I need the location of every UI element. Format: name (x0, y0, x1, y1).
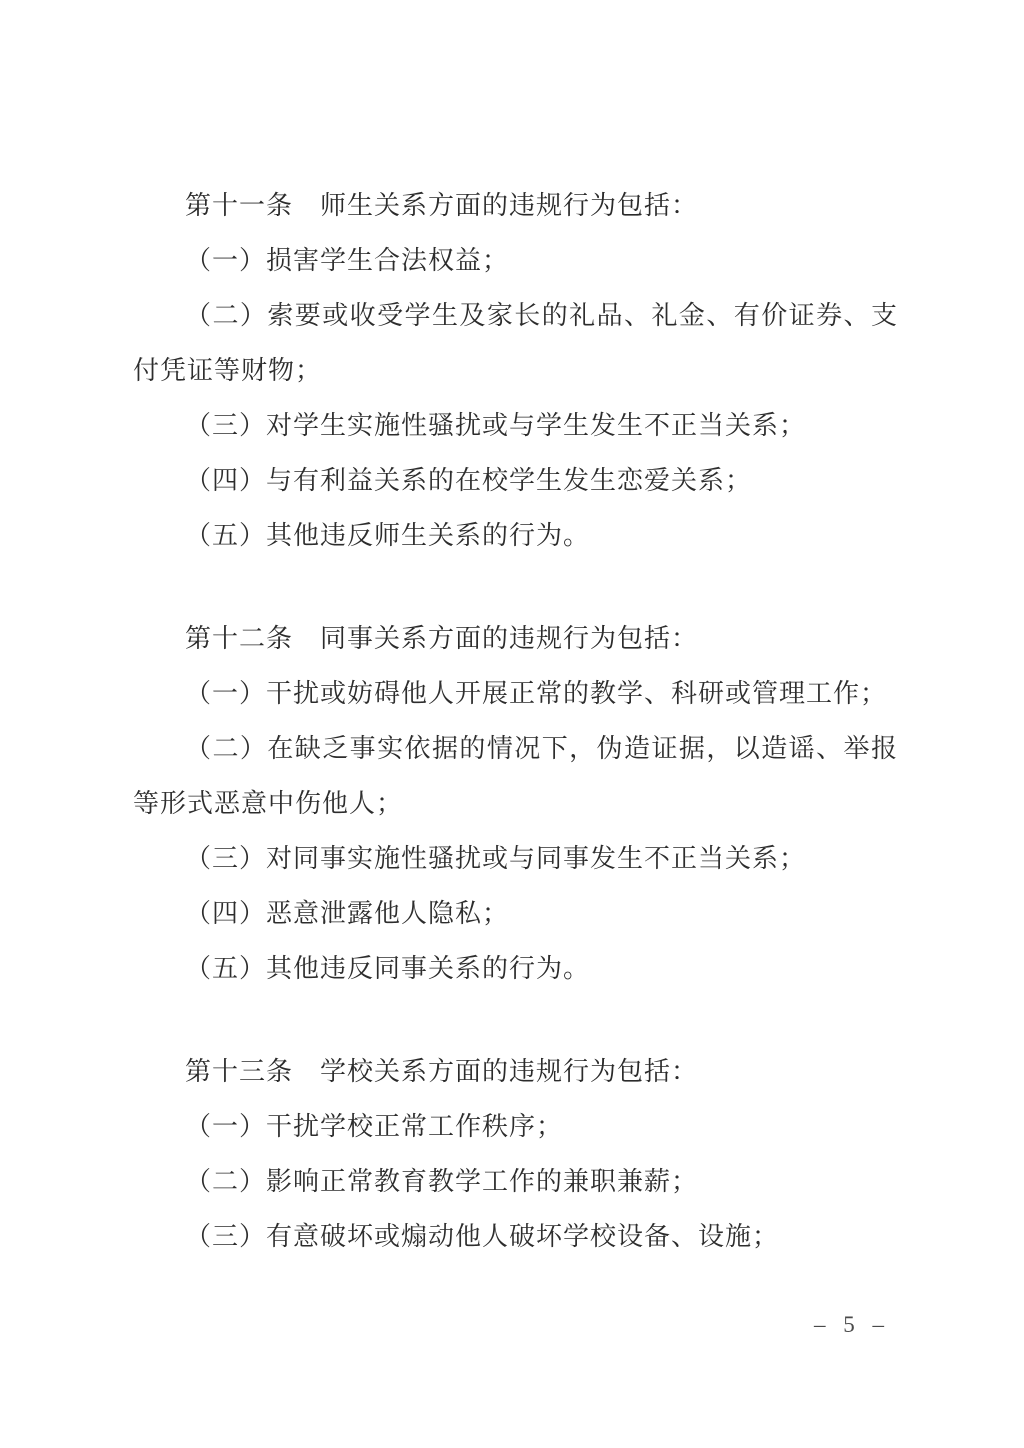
clause-item: （五）其他违反同事关系的行为。 (133, 941, 898, 996)
article-13: 第十三条 学校关系方面的违规行为包括： （一）干扰学校正常工作秩序； （二）影响… (133, 1044, 898, 1264)
clause-item: （三）对学生实施性骚扰或与学生发生不正当关系； (133, 398, 898, 453)
article-11: 第十一条 师生关系方面的违规行为包括： （一）损害学生合法权益； （二）索要或收… (133, 178, 898, 563)
clause-item: （五）其他违反师生关系的行为。 (133, 508, 898, 563)
article-heading: 第十二条 同事关系方面的违规行为包括： (133, 611, 898, 666)
clause-item: （一）干扰学校正常工作秩序； (133, 1099, 898, 1154)
clause-item: （二）在缺乏事实依据的情况下，伪造证据，以造谣、举报等形式恶意中伤他人； (133, 721, 898, 831)
clause-item: （一）干扰或妨碍他人开展正常的教学、科研或管理工作； (133, 666, 898, 721)
article-heading: 第十三条 学校关系方面的违规行为包括： (133, 1044, 898, 1099)
clause-item: （四）与有利益关系的在校学生发生恋爱关系； (133, 453, 898, 508)
clause-item: （二）索要或收受学生及家长的礼品、礼金、有价证券、支付凭证等财物； (133, 288, 898, 398)
article-heading: 第十一条 师生关系方面的违规行为包括： (133, 178, 898, 233)
article-12: 第十二条 同事关系方面的违规行为包括： （一）干扰或妨碍他人开展正常的教学、科研… (133, 611, 898, 996)
clause-item: （三）对同事实施性骚扰或与同事发生不正当关系； (133, 831, 898, 886)
document-page: 第十一条 师生关系方面的违规行为包括： （一）损害学生合法权益； （二）索要或收… (0, 0, 1024, 1448)
clause-item: （三）有意破坏或煽动他人破坏学校设备、设施； (133, 1209, 898, 1264)
clause-item: （二）影响正常教育教学工作的兼职兼薪； (133, 1154, 898, 1209)
document-body: 第十一条 师生关系方面的违规行为包括： （一）损害学生合法权益； （二）索要或收… (133, 178, 898, 1264)
page-number: – 5 – (814, 1312, 890, 1338)
clause-item: （四）恶意泄露他人隐私； (133, 886, 898, 941)
clause-item: （一）损害学生合法权益； (133, 233, 898, 288)
